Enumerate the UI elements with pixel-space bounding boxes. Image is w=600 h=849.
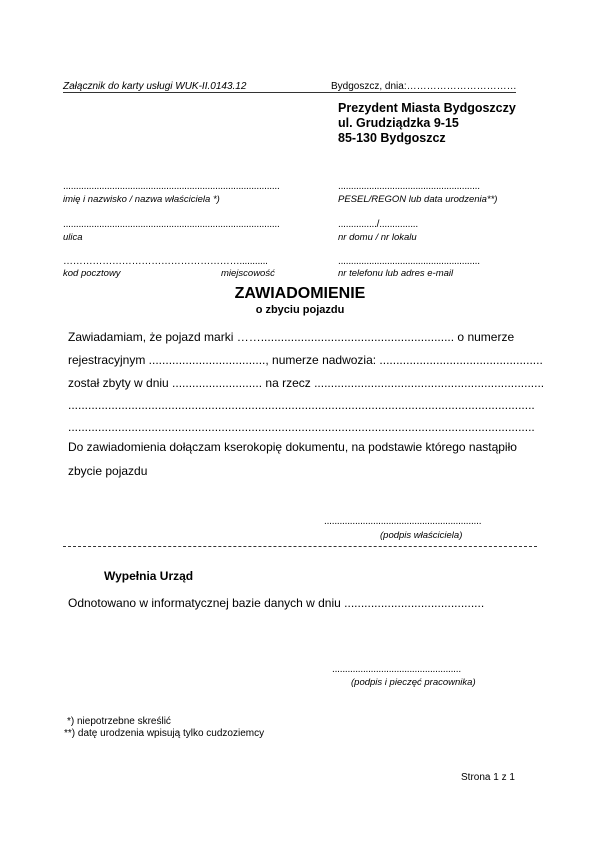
- owner-name-field[interactable]: ........................................…: [63, 181, 280, 192]
- contact-label: nr telefonu lub adres e-mail: [338, 268, 453, 279]
- owner-signature-field[interactable]: ........................................…: [324, 516, 481, 527]
- document-title: ZAWIADOMIENIE: [0, 285, 600, 303]
- place-date-field[interactable]: Bydgoszcz, dnia:……………………………: [331, 81, 517, 92]
- body-line-2[interactable]: rejestracyjnym .........................…: [68, 353, 543, 367]
- city-label: miejscowość: [221, 268, 275, 279]
- addressee-block: Prezydent Miasta Bydgoszczy ul. Grudziąd…: [338, 101, 516, 146]
- footnote-1: *) niepotrzebne skreślić: [67, 716, 171, 727]
- street-field[interactable]: ........................................…: [63, 219, 280, 230]
- footnote-2: **) datę urodzenia wpisują tylko cudzozi…: [64, 728, 264, 739]
- postal-code-label: kod pocztowy: [63, 268, 121, 279]
- house-number-field[interactable]: .............../...............: [338, 219, 418, 230]
- section-divider: [63, 546, 537, 547]
- pesel-field[interactable]: ........................................…: [338, 181, 480, 192]
- employee-signature-label: (podpis i pieczęć pracownika): [351, 677, 476, 688]
- body-line-4[interactable]: ........................................…: [68, 398, 534, 412]
- body-line-5[interactable]: ........................................…: [68, 420, 534, 434]
- body-line-3[interactable]: został zbyty w dniu ....................…: [68, 376, 544, 390]
- page-number: Strona 1 z 1: [461, 772, 515, 783]
- body-line-1[interactable]: Zawiadamiam, że pojazd marki …….........…: [68, 330, 514, 344]
- addressee-line-2: ul. Grudziądzka 9-15: [338, 116, 516, 131]
- addressee-line-3: 85-130 Bydgoszcz: [338, 131, 516, 146]
- employee-signature-field[interactable]: ........................................…: [332, 664, 461, 675]
- office-recorded-line[interactable]: Odnotowano w informatycznej bazie danych…: [68, 596, 484, 610]
- house-number-label: nr domu / nr lokalu: [338, 232, 417, 243]
- body-line-7: zbycie pojazdu: [68, 464, 147, 478]
- attachment-reference: Załącznik do karty usługi WUK-II.0143.12: [63, 81, 246, 92]
- street-label: ulica: [63, 232, 83, 243]
- pesel-label: PESEL/REGON lub data urodzenia**): [338, 194, 497, 205]
- document-subtitle: o zbyciu pojazdu: [0, 304, 600, 316]
- owner-name-label: imię i nazwisko / nazwa właściciela *): [63, 194, 220, 205]
- body-line-6: Do zawiadomienia dołączam kserokopię dok…: [68, 440, 517, 454]
- office-heading: Wypełnia Urząd: [104, 569, 193, 583]
- owner-signature-label: (podpis właściciela): [380, 530, 462, 541]
- contact-field[interactable]: ........................................…: [338, 256, 480, 267]
- postal-city-field[interactable]: ………………………………………………...........: [63, 256, 268, 267]
- header-divider: [63, 92, 516, 93]
- addressee-line-1: Prezydent Miasta Bydgoszczy: [338, 101, 516, 116]
